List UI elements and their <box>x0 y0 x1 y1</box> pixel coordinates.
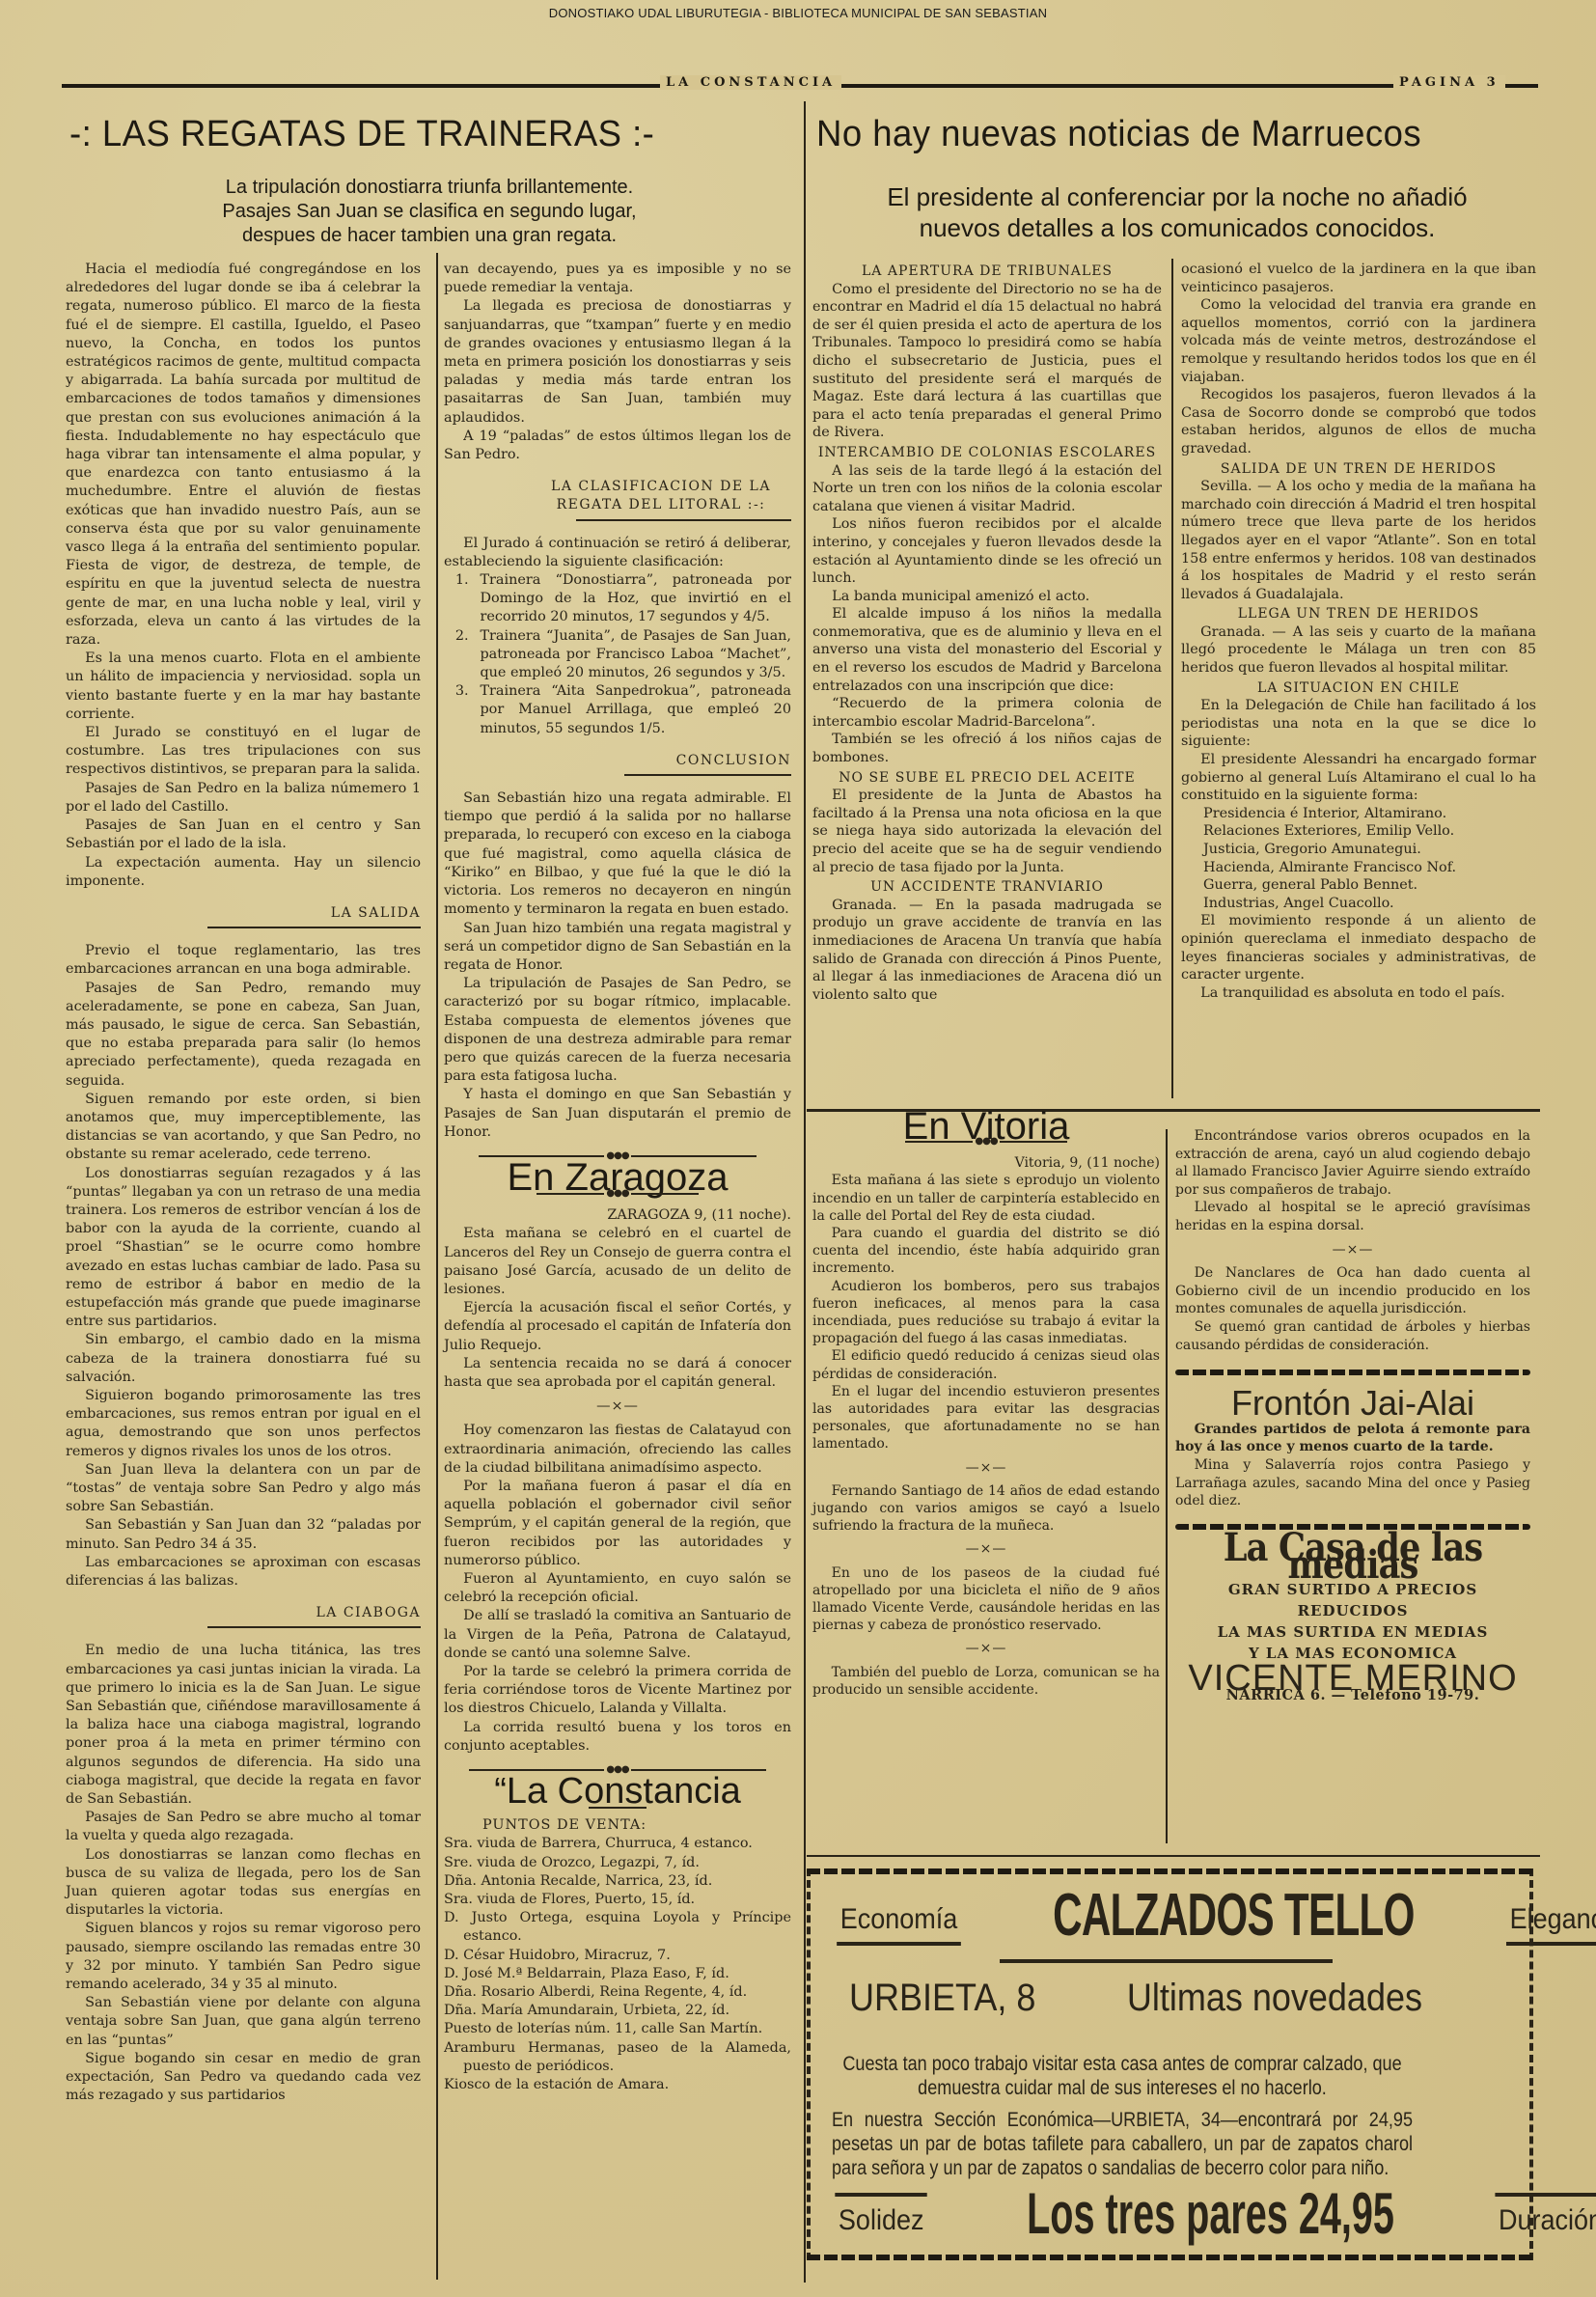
subheading: LLEGA UN TREN DE HERIDOS <box>1181 605 1536 623</box>
paragraph: Por la mañana fueron á pasar el día en a… <box>444 1478 791 1570</box>
rank: 1. <box>444 571 480 627</box>
paragraph: Los donostiarras se lanzan como flechas … <box>66 1846 421 1921</box>
list-item: Guerra, general Pablo Bennet. <box>1181 876 1536 895</box>
regatas-deck: La tripulación donostiarra triunfa brill… <box>68 176 791 248</box>
paragraph: van decayendo, pues ya es imposible y no… <box>444 261 791 297</box>
paragraph: D. Justo Ortega, esquina Loyola y Prínci… <box>444 1909 791 1946</box>
regatas-column-2: van decayendo, pues ya es imposible y no… <box>444 261 791 2094</box>
paragraph: San Sebastián y San Juan dan 32 “paladas… <box>66 1516 421 1553</box>
paragraph: El presidente Alessandri ha encargado fo… <box>1181 751 1536 805</box>
paragraph: Dña. María Amundarain, Urbieta, 22, íd. <box>444 2002 791 2020</box>
separator: —×— <box>812 1640 1160 1657</box>
rank: 2. <box>444 627 480 683</box>
paragraph: La sentencia recaida no se dará á conoce… <box>444 1355 791 1392</box>
paragraph: ocasionó el vuelco de la jardinera en la… <box>1181 261 1536 296</box>
paragraph: En la Delegación de Chile han facilitado… <box>1181 697 1536 751</box>
vitoria-title: En Vitoria <box>812 1118 1160 1135</box>
paragraph: San Juan hizo también una regata magistr… <box>444 920 791 976</box>
tello-price-line: Los tres pares 24,95 <box>1027 2185 1394 2243</box>
paragraph: Las embarcaciones se aproximan con escas… <box>66 1554 421 1591</box>
tello-address: URBIETA, 8 <box>849 1977 1035 2020</box>
tello-brand: CALZADOS TELLO <box>1053 1886 1415 1946</box>
list-item: Presidencia é Interior, Altamirano. <box>1181 805 1536 823</box>
deck-line: La tripulación donostiarra triunfa brill… <box>68 176 791 200</box>
subheading: SALIDA DE UN TREN DE HERIDOS <box>1181 460 1536 479</box>
deck-line: nuevos detalles a los comunicados conoci… <box>811 212 1544 243</box>
tello-solidez: Solidez <box>835 2193 927 2243</box>
marruecos-column-1: LA APERTURA DE TRIBUNALESComo el preside… <box>812 261 1162 1004</box>
ornamental-border <box>807 1868 1533 1874</box>
paragraph: Aramburu Hermanas, paseo de la Alameda, … <box>444 2039 791 2076</box>
paragraph: De Nanclares de Oca han dado cuenta al G… <box>1175 1264 1530 1318</box>
separator: —×— <box>812 1540 1160 1558</box>
paragraph: La banda municipal amenizó el acto. <box>812 588 1162 606</box>
paragraph: Dña. Antonia Recalde, Narrica, 23, íd. <box>444 1872 791 1891</box>
calzados-tello-ad: Economía CALZADOS TELLO Elegancia URBIET… <box>807 1868 1533 2260</box>
fronton-body: Mina y Salaverría rojos contra Pasiego y… <box>1175 1456 1530 1510</box>
column-rule <box>1166 1129 1168 1843</box>
library-credit: DONOSTIAKO UDAL LIBURUTEGIA - BIBLIOTECA… <box>0 6 1596 20</box>
list-item: Industrias, Angel Cuacollo. <box>1181 895 1536 913</box>
casa-medias-address: NARRICA 6. — Teléfono 19-79. <box>1175 1687 1530 1705</box>
section-rule <box>807 1855 1540 1857</box>
paragraph: En medio de una lucha titánica, las tres… <box>66 1642 421 1809</box>
list-item: Justicia, Gregorio Amunategui. <box>1181 841 1536 859</box>
regatas-column-1: Hacia el mediodía fué congregándose en l… <box>66 261 421 2106</box>
separator: —×— <box>812 1459 1160 1477</box>
paragraph: Siguieron bogando primorosamente las tre… <box>66 1387 421 1461</box>
paragraph: Es la una menos cuarto. Flota en el ambi… <box>66 650 421 724</box>
paragraph: Como el presidente del Directorio no se … <box>812 281 1162 442</box>
tello-address-row: URBIETA, 8 Ultimas novedades <box>849 1977 1422 2020</box>
separator: —×— <box>1175 1241 1530 1259</box>
ornamental-rule <box>1175 1370 1530 1375</box>
ornament-divider: ●●● <box>444 1189 791 1199</box>
subheading-rule <box>576 519 791 521</box>
paragraph: Sra. viuda de Flores, Puerto, 15, íd. <box>444 1891 791 1909</box>
paragraph: Pasajes de San Juan en el centro y San S… <box>66 816 421 853</box>
paragraph: Los donostiarras seguían rezagados y á l… <box>66 1165 421 1332</box>
paragraph: La tripulación de Pasajes de San Pedro, … <box>444 975 791 1086</box>
paragraph: San Sebastián viene por delante con algu… <box>66 1994 421 2050</box>
separator: —×— <box>444 1398 791 1416</box>
paragraph: Puesto de loterías núm. 11, calle San Ma… <box>444 2020 791 2038</box>
paragraph: Como la velocidad del tranvia era grande… <box>1181 296 1536 386</box>
paragraph: Ejercía la acusación fiscal el señor Cor… <box>444 1299 791 1355</box>
subheading-clasificacion: LA CLASIFICACION DE LA REGATA DEL LITORA… <box>444 478 791 514</box>
casa-medias-title: La Casa de las medias <box>1197 1539 1509 1575</box>
subheading: LA APERTURA DE TRIBUNALES <box>812 263 1162 281</box>
paragraph: Pasajes de San Pedro en la baliza númeme… <box>66 780 421 816</box>
tello-paragraph-1: Cuesta tan poco trabajo visitar esta cas… <box>832 2052 1413 2100</box>
paragraph: En el lugar del incendio estuvieron pres… <box>812 1383 1160 1453</box>
paragraph: Sevilla. — A los ocho y media de la maña… <box>1181 478 1536 603</box>
rank: 3. <box>444 682 480 738</box>
paragraph: Por la tarde se celebró la primera corri… <box>444 1663 791 1719</box>
paragraph: Siguen blancos y rojos su remar vigoroso… <box>66 1920 421 1994</box>
constancia-subtitle: PUNTOS DE VENTA: <box>444 1816 791 1835</box>
paragraph: Recogidos los pasajeros, fueron llevados… <box>1181 386 1536 457</box>
paragraph: Siguen remando por este orden, si bien a… <box>66 1091 421 1165</box>
paragraph: Llevado al hospital se le apreció gravís… <box>1175 1199 1530 1234</box>
paragraph: Se quemó gran cantidad de árboles y hier… <box>1175 1318 1530 1354</box>
tello-tagline: Ultimas novedades <box>1127 1977 1422 2020</box>
paragraph: Previo el toque reglamentario, las tres … <box>66 942 421 979</box>
paragraph: Sre. viuda de Orozco, Legazpi, 7, íd. <box>444 1854 791 1872</box>
paragraph: Acudieron los bomberos, pero sus trabajo… <box>812 1278 1160 1348</box>
paragraph: D. José M.ª Beldarrain, Plaza Easo, F, í… <box>444 1965 791 1983</box>
clasificacion-text: Trainera “Donostiarra”, patroneada por D… <box>480 571 791 627</box>
paragraph: Dña. Rosario Alberdi, Reina Regente, 4, … <box>444 1983 791 2002</box>
paragraph: La expectación aumenta. Hay un silencio … <box>66 854 421 891</box>
paragraph: Esta mañana se celebró en el cuartel de … <box>444 1225 791 1299</box>
paragraph: Kiosco de la estación de Amara. <box>444 2076 791 2094</box>
paragraph: Pasajes de San Pedro, remando muy aceler… <box>66 980 421 1091</box>
deck-line: El presidente al conferenciar por la noc… <box>811 181 1544 212</box>
paragraph: A 19 “paladas” de estos últimos llegan l… <box>444 428 791 464</box>
paragraph: En uno de los paseos de la ciudad fué at… <box>812 1564 1160 1635</box>
page-number: PAGINA 3 <box>1393 75 1505 90</box>
subheading: UN ACCIDENTE TRANVIARIO <box>812 878 1162 897</box>
paragraph: Pasajes de San Pedro se abre mucho al to… <box>66 1809 421 1845</box>
marruecos-headline: No hay nuevas noticias de Marruecos <box>816 114 1421 155</box>
brand-rule <box>1000 1959 1333 1963</box>
points-of-sale-list: Sra. viuda de Barrera, Churruca, 4 estan… <box>444 1835 791 2094</box>
paragraph: El alcalde impuso á los niños la medalla… <box>812 605 1162 695</box>
subheading: LA SITUACION EN CHILE <box>1181 679 1536 698</box>
deck-line: Pasajes San Juan se clasifica en segundo… <box>68 200 791 224</box>
subheading: NO SE SUBE EL PRECIO DEL ACEITE <box>812 769 1162 788</box>
list-item: Relaciones Exteriores, Emilip Vello. <box>1181 822 1536 841</box>
paragraph: El movimiento responde á un aliento de o… <box>1181 912 1536 983</box>
paper-name: LA CONSTANCIA <box>660 75 841 90</box>
paragraph: Fueron al Ayuntamiento, en cuyo salón se… <box>444 1570 791 1607</box>
paragraph: “Recuerdo de la primera colonia de inter… <box>812 695 1162 731</box>
vitoria-column-1: En Vitoria ●●● Vitoria, 9, (11 noche) Es… <box>812 1118 1160 1699</box>
column-rule <box>436 253 438 2280</box>
clasificacion-item: 3.Trainera “Aita Sanpedrokua”, patronead… <box>444 682 791 738</box>
subheading-rule <box>207 927 421 928</box>
paragraph: Esta mañana á las siete s eprodujo un vi… <box>812 1172 1160 1225</box>
paragraph: La corrida resultó buena y los toros en … <box>444 1719 791 1756</box>
subheading: INTERCAMBIO DE COLONIAS ESCOLARES <box>812 444 1162 462</box>
clasificacion-text: Trainera “Aita Sanpedrokua”, patroneada … <box>480 682 791 738</box>
paragraph: De allí se trasladó la comitiva an Santu… <box>444 1607 791 1663</box>
paragraph: Y hasta el domingo en que San Sebastián … <box>444 1086 791 1142</box>
paragraph: El Jurado se constituyó en el lugar de c… <box>66 724 421 780</box>
vitoria-dateline: Vitoria, 9, (11 noche) <box>812 1154 1160 1172</box>
vitoria-column-2: Encontrándose varios obreros ocupados en… <box>1175 1127 1530 1705</box>
paragraph: Sigue bogando sin cesar en medio de gran… <box>66 2050 421 2106</box>
paragraph: El presidente de la Junta de Abastos ha … <box>812 787 1162 876</box>
casa-medias-line: LA MAS SURTIDA EN MEDIAS <box>1175 1621 1530 1643</box>
paragraph: Para cuando el guardia del distrito se d… <box>812 1225 1160 1278</box>
ornament-divider: ●●● <box>812 1137 1160 1147</box>
subheading-rule <box>207 1626 421 1628</box>
paragraph: Hoy comenzaron las fiestas de Calatayud … <box>444 1422 791 1478</box>
fronton-lead: Grandes partidos de pelota á remonte par… <box>1175 1421 1530 1456</box>
zaragoza-dateline: ZARAGOZA 9, (11 noche). <box>444 1206 791 1225</box>
casa-medias-owner: VICENTE MERINO <box>1175 1670 1530 1688</box>
paragraph: La llegada es preciosa de donostiarras y… <box>444 297 791 427</box>
tello-duracion: Duración <box>1496 2193 1596 2243</box>
fronton-title: Frontón Jai-Alai <box>1175 1395 1530 1413</box>
clasificacion-item: 1.Trainera “Donostiarra”, patroneada por… <box>444 571 791 627</box>
deck-line: despues de hacer tambien una gran regata… <box>68 224 791 248</box>
tello-paragraph-2: En nuestra Sección Económica—URBIETA, 34… <box>832 2108 1413 2180</box>
paragraph: D. César Huidobro, Miracruz, 7. <box>444 1947 791 1965</box>
tello-elegancia: Elegancia <box>1506 1903 1596 1946</box>
tello-footer-row: Solidez Los tres pares 24,95 Duración <box>830 2185 1510 2243</box>
casa-medias-line: REDUCIDOS <box>1175 1600 1530 1621</box>
paragraph: Sra. viuda de Barrera, Churruca, 4 estan… <box>444 1835 791 1853</box>
subheading-salida: LA SALIDA <box>66 904 421 923</box>
paragraph: San Sebastián hizo una regata admirable.… <box>444 789 791 919</box>
paragraph: Granada. — A las seis y cuarto de la mañ… <box>1181 623 1536 678</box>
ornamental-border <box>807 2255 1533 2260</box>
paragraph: A las seis de la tarde llegó á la estaci… <box>812 462 1162 516</box>
paragraph: También se les ofreció á los niños cajas… <box>812 731 1162 766</box>
tello-header-row: Economía CALZADOS TELLO Elegancia <box>830 1886 1510 1946</box>
column-rule <box>1171 259 1173 1098</box>
clasificacion-intro: El Jurado á continuación se retiró á del… <box>444 535 791 571</box>
paragraph: Fernando Santiago de 14 años de edad est… <box>812 1482 1160 1536</box>
clasificacion-item: 2.Trainera “Juanita”, de Pasajes de San … <box>444 627 791 683</box>
paragraph: También del pueblo de Lorza, comunican s… <box>812 1664 1160 1699</box>
regatas-headline: -: LAS REGATAS DE TRAINERAS :- <box>69 114 654 155</box>
paragraph: Encontrándose varios obreros ocupados en… <box>1175 1127 1530 1199</box>
column-rule <box>804 101 806 2283</box>
paragraph: Granada. — En la pasada madrugada se pro… <box>812 897 1162 1005</box>
marruecos-column-2: ocasionó el vuelco de la jardinera en la… <box>1181 261 1536 1002</box>
zaragoza-title: En Zaragoza <box>444 1169 791 1187</box>
list-item: Hacienda, Almirante Francisco Nof. <box>1181 859 1536 877</box>
tello-economia: Economía <box>837 1903 961 1946</box>
clasificacion-list: 1.Trainera “Donostiarra”, patroneada por… <box>444 571 791 738</box>
paragraph: Sin embargo, el cambio dado en la misma … <box>66 1331 421 1387</box>
paragraph: Los niños fueron recibidos por el alcald… <box>812 515 1162 587</box>
masthead: LA CONSTANCIA PAGINA 3 <box>62 75 1538 95</box>
clasificacion-text: Trainera “Juanita”, de Pasajes de San Ju… <box>480 627 791 683</box>
paragraph: El edificio quedó reducido á cenizas sie… <box>812 1347 1160 1382</box>
marruecos-deck: El presidente al conferenciar por la noc… <box>811 181 1544 243</box>
subheading-conclusion: CONCLUSION <box>444 752 791 770</box>
constancia-title: “La Constancia <box>444 1783 791 1801</box>
paragraph: La tranquilidad es absoluta en todo el p… <box>1181 984 1536 1003</box>
paragraph: San Juan lleva la delantera con un par d… <box>66 1461 421 1517</box>
subheading-ciaboga: LA CIABOGA <box>66 1604 421 1622</box>
subheading-rule <box>624 774 791 776</box>
paragraph: Hacia el mediodía fué congregándose en l… <box>66 261 421 650</box>
